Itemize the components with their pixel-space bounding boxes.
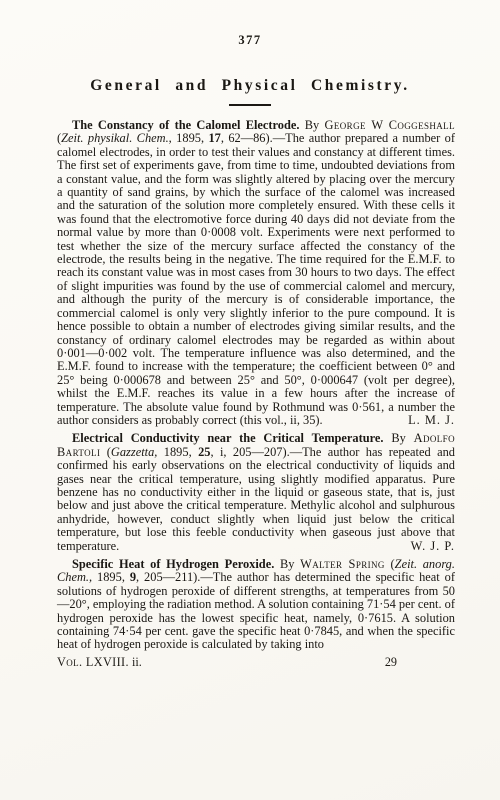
abstract-title: The Constancy of the Calomel Electrode. [72, 118, 300, 132]
page-number: 377 [0, 0, 500, 48]
footer-part: ii. [132, 655, 142, 669]
byline: By [305, 118, 319, 132]
citation-pages: , 62—86).— [221, 131, 285, 145]
citation-volume: 25 [198, 445, 210, 459]
author-surname: Coggeshall [389, 118, 455, 132]
reviewer-initials: W. J. P. [396, 540, 455, 553]
abstract-electrical-conductivity: Electrical Conductivity near the Critica… [57, 432, 455, 553]
section-heading: General and Physical Chemistry. [0, 77, 500, 95]
page-footer: Vol. LXVIII. ii. 29 [0, 652, 500, 670]
citation-volume: 17 [208, 131, 220, 145]
citation-pages: , 205—211).— [136, 570, 213, 584]
citation-year: 1895, [176, 131, 204, 145]
footer-volume: Vol. LXVIII. [57, 655, 129, 669]
citation-year: 1895, [97, 570, 125, 584]
abstracts-column: The Constancy of the Calomel Electrode. … [0, 106, 500, 652]
citation-year: 1895, [164, 445, 192, 459]
abstract-calomel-electrode: The Constancy of the Calomel Electrode. … [57, 119, 455, 427]
abstract-text: The author has repeated and confirmed hi… [57, 445, 455, 553]
abstract-title: Electrical Conductivity near the Critica… [72, 431, 384, 445]
abstract-hydrogen-peroxide: Specific Heat of Hydrogen Peroxide. By W… [57, 558, 455, 652]
footer-sheet-number: 29 [385, 655, 397, 670]
journal-title: Zeit. physikal. Chem., [61, 131, 172, 145]
journal-title: Gazzetta, [111, 445, 157, 459]
author-name: George W [325, 118, 384, 132]
journal-page: 377 General and Physical Chemistry. The … [0, 0, 500, 800]
reviewer-initials: L. M. J. [393, 414, 455, 427]
abstract-text: The author prepared a number of calomel … [57, 131, 455, 427]
byline: By [280, 557, 294, 571]
byline: By [391, 431, 405, 445]
author-name: Walter Spring [300, 557, 385, 571]
citation-pages: , i, 205—207).— [210, 445, 302, 459]
abstract-title: Specific Heat of Hydrogen Peroxide. [72, 557, 274, 571]
